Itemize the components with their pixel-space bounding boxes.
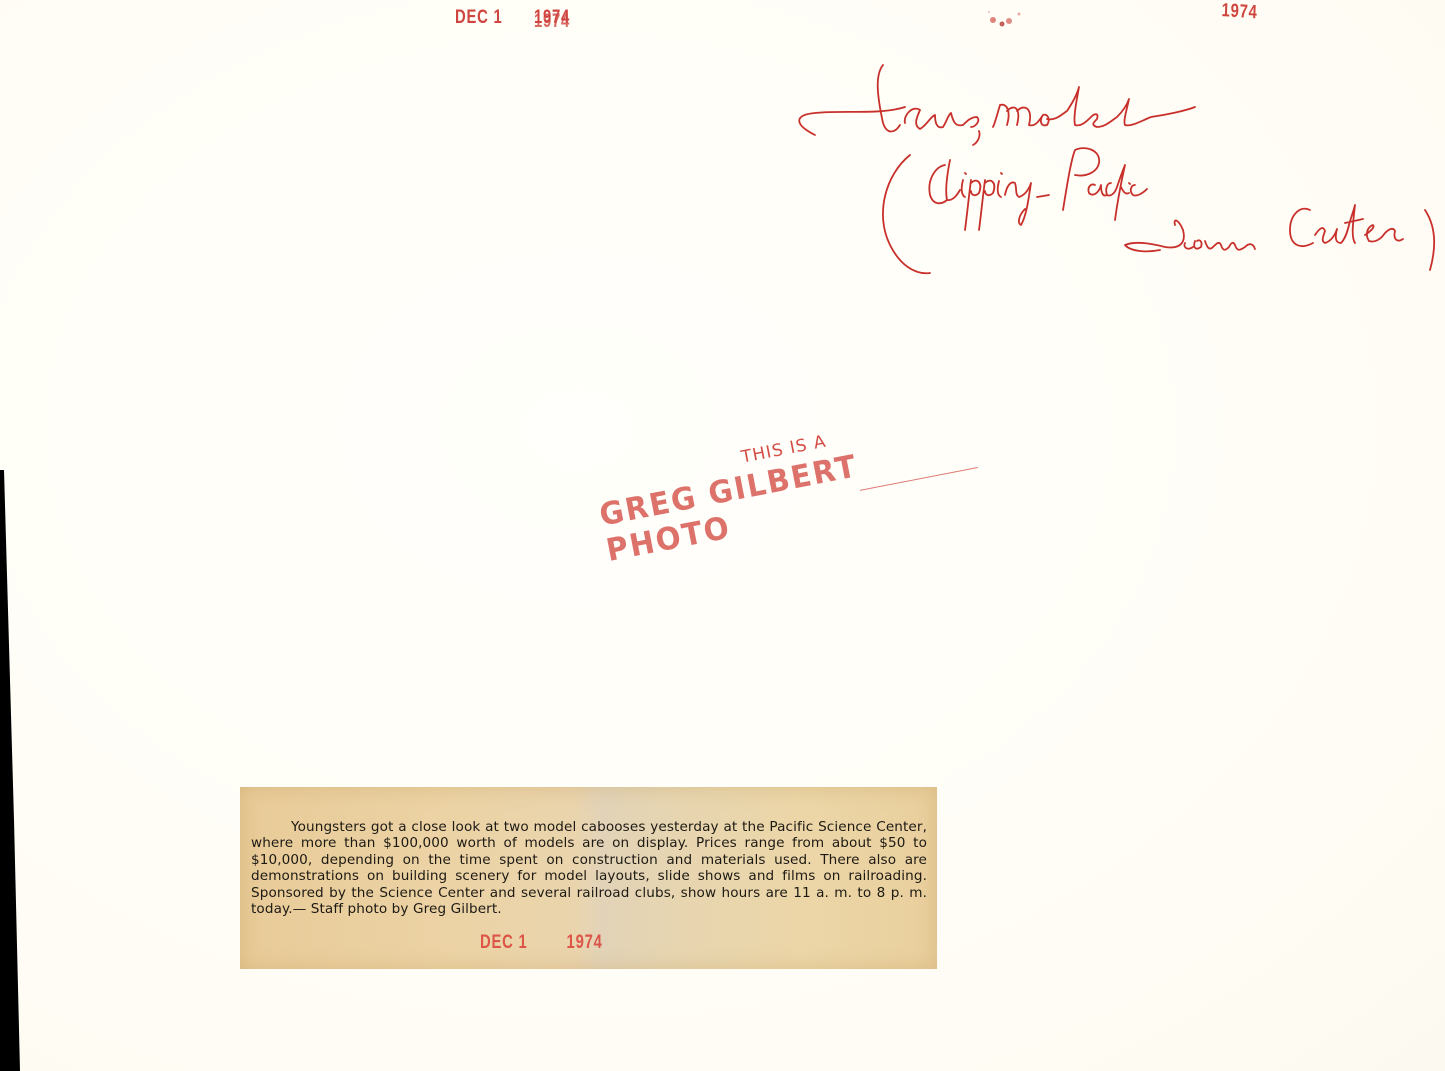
stamp-year: 1974 [1221,0,1258,23]
scan-black-edge [0,0,40,1071]
stamp-month-day: DEC 1 [455,7,503,28]
date-stamp-top-left: DEC 1 1974 1974 [455,7,570,29]
handwritten-note: Trains, Model (Clipping - Pacific Scienc… [785,55,1445,285]
date-stamp-top-right: 1974 [1221,0,1258,24]
handwriting-strokes [785,55,1445,285]
clipping-caption: Youngsters got a close look at two model… [251,819,927,917]
clip-stamp-month-day: DEC 1 [480,932,528,953]
stamp-year: 1974 1974 [534,7,570,28]
newspaper-clipping: Youngsters got a close look at two model… [240,787,937,969]
clip-stamp-year: 1974 [567,932,603,953]
clipping-date-stamp: DEC 11974 [480,932,603,954]
stamp-year-overprint: 1974 [534,11,570,33]
ink-smudges [985,8,1045,30]
